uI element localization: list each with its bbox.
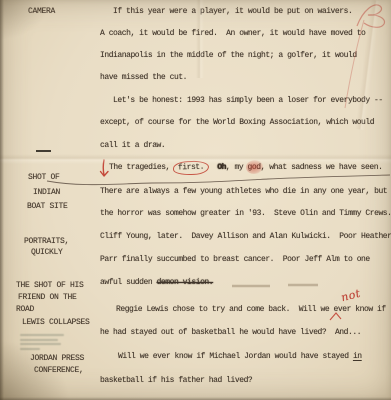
- text-segment: The tragedies,: [109, 163, 174, 172]
- body-line-alm: awful sudden demon vision.: [100, 278, 213, 287]
- text-segment: , my: [226, 163, 248, 172]
- paper-edge: [0, 0, 4, 400]
- body-line: Parr finally succumbed to breast cancer.…: [100, 255, 370, 264]
- underlined-word: in: [353, 352, 362, 361]
- typewritten-script-page: CAMERA SHOT OF INDIAN BOAT SITE PORTRAIT…: [0, 0, 391, 400]
- margin-note-boat-site: BOAT SITE: [27, 202, 68, 211]
- paper-shadow: [0, 340, 70, 400]
- margin-note-road: ROAD: [16, 305, 34, 314]
- body-line: Cliff Young, later. Davey Allison and Al…: [100, 232, 391, 241]
- body-line-jordan: Will we ever know if Michael Jordan woul…: [118, 352, 362, 361]
- text-segment: Will we ever know if Michael Jordan woul…: [118, 352, 353, 361]
- paper-crease: [196, 0, 204, 78]
- body-line: Let's be honest: 1993 has simply been a …: [113, 96, 383, 105]
- struck-out-text: demon vision.: [157, 278, 214, 287]
- margin-note-friend: FRIEND ON THE: [18, 293, 77, 302]
- overtyped-word: Oh: [217, 163, 226, 172]
- body-line: Indianapolis in the middle of the night;…: [100, 51, 357, 60]
- margin-note-lewis-collapses: LEWIS COLLAPSES: [22, 318, 90, 327]
- margin-note-shot-of-his: THE SHOT OF HIS: [16, 281, 84, 290]
- ghost-line: [20, 334, 64, 336]
- margin-note-indian: INDIAN: [33, 188, 60, 197]
- body-line: There are always a few young athletes wh…: [100, 187, 387, 196]
- paper-shadow: [0, 0, 50, 40]
- body-line-tragedies: The tragedies, first. Oh, my god, what s…: [109, 163, 382, 172]
- body-line: Reggie Lewis chose to try and come back.…: [116, 305, 386, 314]
- margin-note-shot-of: SHOT OF: [28, 173, 60, 182]
- red-scribbled-word: god: [248, 163, 261, 172]
- text-segment: , what sadness we have seen.: [261, 163, 383, 172]
- body-line: he had stayed out of basketball he would…: [100, 328, 361, 337]
- body-line: except, of course for the World Boxing A…: [100, 118, 374, 127]
- text-segment: awful sudden: [100, 278, 157, 287]
- margin-note-quickly: QUICKLY: [31, 248, 63, 257]
- paper-crease: [355, 0, 381, 130]
- red-caret-icon: [330, 313, 341, 320]
- erased-text-smudge: [232, 285, 318, 286]
- body-line: the horror was somehow greater in '93. S…: [100, 209, 391, 218]
- pencil-line: [47, 175, 390, 185]
- body-line: call it a draw.: [100, 141, 165, 150]
- handwritten-insertion-not: not: [340, 287, 362, 305]
- margin-note-portraits: PORTRAITS,: [24, 237, 69, 246]
- body-line: If this year were a player, it would be …: [113, 7, 352, 16]
- text-segment: [208, 163, 217, 172]
- body-line: basketball if his father had lived?: [100, 376, 252, 385]
- paper-crease: [0, 154, 391, 164]
- body-line: A coach, it would be fired. An owner, it…: [100, 29, 365, 38]
- body-line: have missed the cut.: [100, 73, 187, 82]
